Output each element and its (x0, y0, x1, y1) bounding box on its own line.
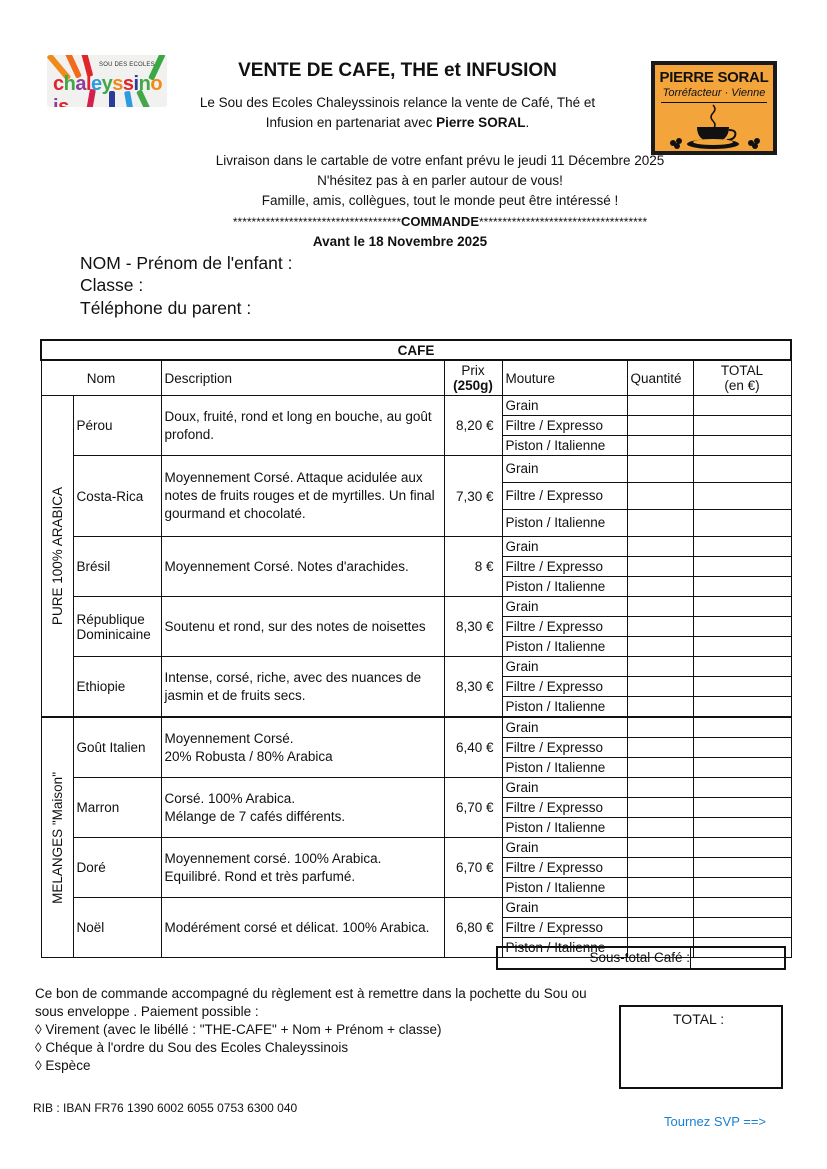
coffee-description: Moyennement Corsé. Attaque acidulée aux … (161, 456, 444, 537)
quantity-cell[interactable] (627, 677, 693, 697)
cafe-order-table: CAFE Nom Description Prix(250g) Mouture … (40, 339, 792, 958)
quantity-cell[interactable] (627, 818, 693, 838)
quantity-cell[interactable] (627, 617, 693, 637)
total-box[interactable]: TOTAL : (619, 1005, 783, 1089)
total-cell[interactable] (693, 898, 791, 918)
total-cell[interactable] (693, 537, 791, 557)
quantity-cell[interactable] (627, 697, 693, 718)
mouture-option: Piston / Italienne (502, 697, 627, 718)
table-row: NoëlModérément corsé et délicat. 100% Ar… (41, 898, 791, 918)
quantity-cell[interactable] (627, 878, 693, 898)
coffee-price: 8,20 € (444, 396, 502, 456)
quantity-cell[interactable] (627, 577, 693, 597)
quantity-cell[interactable] (627, 717, 693, 738)
quantity-cell[interactable] (627, 456, 693, 483)
coffee-name: Ethiopie (73, 657, 161, 718)
total-cell[interactable] (693, 858, 791, 878)
total-cell[interactable] (693, 637, 791, 657)
coffee-price: 6,80 € (444, 898, 502, 958)
header-mouture: Mouture (502, 360, 627, 396)
mouture-option: Piston / Italienne (502, 758, 627, 778)
total-cell[interactable] (693, 918, 791, 938)
delivery-text: Livraison dans le cartable de votre enfa… (100, 151, 780, 171)
total-cell[interactable] (693, 697, 791, 718)
mouture-option: Piston / Italienne (502, 510, 627, 537)
coffee-description: Modérément corsé et délicat. 100% Arabic… (161, 898, 444, 958)
mouture-option: Grain (502, 597, 627, 617)
category-label: MELANGES "Maison" (41, 717, 73, 958)
coffee-price: 6,40 € (444, 717, 502, 778)
coffee-description: Doux, fruité, rond et long en bouche, au… (161, 396, 444, 456)
mouture-option: Grain (502, 537, 627, 557)
quantity-cell[interactable] (627, 416, 693, 436)
header-quantite: Quantité (627, 360, 693, 396)
mouture-option: Filtre / Expresso (502, 858, 627, 878)
intro-text: Le Sou des Ecoles Chaleyssinois relance … (160, 93, 635, 133)
mouture-option: Grain (502, 838, 627, 858)
payment-method-virement: ◊ Virement (avec le libéllé : "THE-CAFE"… (35, 1021, 615, 1039)
quantity-cell[interactable] (627, 537, 693, 557)
coffee-description: Moyennement corsé. 100% Arabica. Equilib… (161, 838, 444, 898)
telephone-field[interactable]: Téléphone du parent : (80, 298, 251, 319)
table-row: République DominicaineSoutenu et rond, s… (41, 597, 791, 617)
total-cell[interactable] (693, 617, 791, 637)
quantity-cell[interactable] (627, 597, 693, 617)
total-cell[interactable] (693, 798, 791, 818)
classe-field[interactable]: Classe : (80, 275, 143, 296)
intro-line-1: Le Sou des Ecoles Chaleyssinois relance … (160, 93, 635, 113)
total-cell[interactable] (693, 818, 791, 838)
table-row: Costa-RicaMoyennement Corsé. Attaque aci… (41, 456, 791, 483)
total-cell[interactable] (693, 597, 791, 617)
subtotal-value-cell[interactable] (691, 948, 784, 968)
total-label: TOTAL : (673, 1011, 724, 1027)
coffee-name: Noël (73, 898, 161, 958)
mouture-option: Grain (502, 898, 627, 918)
share-text-1: N'hésitez pas à en parler autour de vous… (100, 171, 780, 191)
header-prix: Prix(250g) (444, 360, 502, 396)
quantity-cell[interactable] (627, 557, 693, 577)
total-cell[interactable] (693, 758, 791, 778)
coffee-price: 6,70 € (444, 838, 502, 898)
coffee-name: Goût Italien (73, 717, 161, 778)
mouture-option: Piston / Italienne (502, 818, 627, 838)
coffee-name: République Dominicaine (73, 597, 161, 657)
mouture-option: Grain (502, 396, 627, 416)
total-cell[interactable] (693, 738, 791, 758)
quantity-cell[interactable] (627, 657, 693, 677)
total-cell[interactable] (693, 396, 791, 416)
coffee-name: Marron (73, 778, 161, 838)
payment-method-espece: ◊ Espèce (35, 1057, 615, 1075)
table-row: DoréMoyennement corsé. 100% Arabica. Equ… (41, 838, 791, 858)
quantity-cell[interactable] (627, 396, 693, 416)
table-row: MarronCorsé. 100% Arabica. Mélange de 7 … (41, 778, 791, 798)
intro-line-2: Infusion en partenariat avec Pierre SORA… (160, 113, 635, 133)
total-cell[interactable] (693, 778, 791, 798)
total-cell[interactable] (693, 677, 791, 697)
mouture-option: Grain (502, 778, 627, 798)
mouture-option: Piston / Italienne (502, 637, 627, 657)
quantity-cell[interactable] (627, 798, 693, 818)
quantity-cell[interactable] (627, 858, 693, 878)
category-label: PURE 100% ARABICA (41, 396, 73, 718)
total-cell[interactable] (693, 510, 791, 537)
header-nom: Nom (41, 360, 161, 396)
mouture-option: Filtre / Expresso (502, 557, 627, 577)
quantity-cell[interactable] (627, 738, 693, 758)
quantity-cell[interactable] (627, 838, 693, 858)
mouture-option: Filtre / Expresso (502, 677, 627, 697)
child-name-field[interactable]: NOM - Prénom de l'enfant : (80, 253, 292, 274)
header-total: TOTAL(en €) (693, 360, 791, 396)
table-row: BrésilMoyennement Corsé. Notes d'arachid… (41, 537, 791, 557)
coffee-name: Pérou (73, 396, 161, 456)
total-cell[interactable] (693, 483, 791, 510)
quantity-cell[interactable] (627, 778, 693, 798)
commande-heading: ************************************COMM… (100, 214, 780, 229)
mouture-option: Piston / Italienne (502, 878, 627, 898)
total-cell[interactable] (693, 717, 791, 738)
order-deadline: Avant le 18 Novembre 2025 (100, 234, 700, 249)
turn-page-note: Tournez SVP ==> (664, 1114, 766, 1129)
mouture-option: Filtre / Expresso (502, 798, 627, 818)
mouture-option: Piston / Italienne (502, 577, 627, 597)
total-cell[interactable] (693, 436, 791, 456)
logo-subtitle: Torréfacteur · Vienne (655, 87, 773, 99)
mouture-option: Grain (502, 456, 627, 483)
total-cell[interactable] (693, 577, 791, 597)
coffee-name: Costa-Rica (73, 456, 161, 537)
coffee-description: Moyennement Corsé. 20% Robusta / 80% Ara… (161, 717, 444, 778)
total-cell[interactable] (693, 416, 791, 436)
coffee-price: 6,70 € (444, 778, 502, 838)
quantity-cell[interactable] (627, 436, 693, 456)
total-cell[interactable] (693, 456, 791, 483)
coffee-price: 8,30 € (444, 657, 502, 718)
mouture-option: Grain (502, 717, 627, 738)
total-cell[interactable] (693, 657, 791, 677)
rib-text: RIB : IBAN FR76 1390 6002 6055 0753 6300… (33, 1101, 297, 1115)
subtotal-label: Sous-total Café : (498, 950, 690, 965)
quantity-cell[interactable] (627, 483, 693, 510)
table-row: MELANGES "Maison"Goût ItalienMoyennement… (41, 717, 791, 738)
coffee-description: Moyennement Corsé. Notes d'arachides. (161, 537, 444, 597)
coffee-price: 8,30 € (444, 597, 502, 657)
coffee-description: Intense, corsé, riche, avec des nuances … (161, 657, 444, 718)
mouture-option: Filtre / Expresso (502, 416, 627, 436)
mouture-option: Piston / Italienne (502, 436, 627, 456)
quantity-cell[interactable] (627, 918, 693, 938)
coffee-name: Doré (73, 838, 161, 898)
mouture-option: Grain (502, 657, 627, 677)
coffee-cup-icon (655, 103, 773, 151)
coffee-description: Corsé. 100% Arabica. Mélange de 7 cafés … (161, 778, 444, 838)
instructions-text: Ce bon de commande accompagné du règleme… (35, 986, 587, 1019)
mouture-option: Filtre / Expresso (502, 918, 627, 938)
payment-instructions: Ce bon de commande accompagné du règleme… (35, 985, 615, 1075)
mouture-option: Filtre / Expresso (502, 617, 627, 637)
total-cell[interactable] (693, 557, 791, 577)
header-description: Description (161, 360, 444, 396)
coffee-price: 7,30 € (444, 456, 502, 537)
table-row: EthiopieIntense, corsé, riche, avec des … (41, 657, 791, 677)
quantity-cell[interactable] (627, 758, 693, 778)
mouture-option: Filtre / Expresso (502, 738, 627, 758)
page-title: VENTE DE CAFE, THE et INFUSION (0, 60, 795, 82)
subtotal-row: Sous-total Café : (496, 946, 786, 970)
table-caption: CAFE (41, 340, 791, 360)
coffee-description: Soutenu et rond, sur des notes de noiset… (161, 597, 444, 657)
partner-name: Pierre SORAL (436, 115, 525, 130)
coffee-price: 8 € (444, 537, 502, 597)
quantity-cell[interactable] (627, 898, 693, 918)
coffee-name: Brésil (73, 537, 161, 597)
total-cell[interactable] (693, 878, 791, 898)
share-text-2: Famille, amis, collègues, tout le monde … (100, 191, 780, 211)
quantity-cell[interactable] (627, 637, 693, 657)
total-cell[interactable] (693, 838, 791, 858)
mouture-option: Filtre / Expresso (502, 483, 627, 510)
quantity-cell[interactable] (627, 510, 693, 537)
payment-method-cheque: ◊ Chéque à l'ordre du Sou des Ecoles Cha… (35, 1039, 615, 1057)
table-row: PURE 100% ARABICAPérouDoux, fruité, rond… (41, 396, 791, 416)
